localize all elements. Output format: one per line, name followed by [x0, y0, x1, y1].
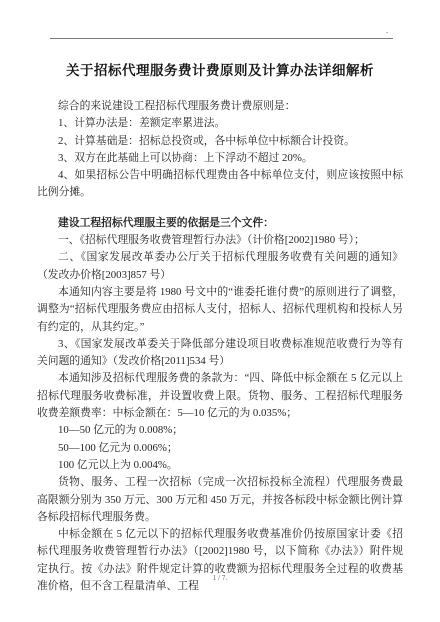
paragraph: 4、如果招标公告中明确招标代理费由各中标单位支付，则应该按照中标比例分摊。	[37, 167, 403, 202]
paragraph: 2、计算基础是：招标总投资或，各中标单位中标额合计投资。	[37, 133, 403, 150]
document-page: . 关于招标代理服务费计费原则及计算办法详细解析 综合的来说建设工程招标代理服务…	[0, 0, 440, 622]
paragraph: 3、《国家发展改革委关于降低部分建设项目收费标准规范收费行为等有关问题的通知》（…	[37, 336, 403, 371]
page-title: 关于招标代理服务费计费原则及计算办法详细解析	[0, 59, 440, 79]
page-number: 1 / 7.	[0, 574, 440, 582]
paragraph: 综合的来说建设工程招标代理服务费计费原则是：	[37, 98, 403, 115]
section-heading: 建设工程招标代理服主要的依据是三个文件：	[37, 215, 403, 232]
header-mark: .	[386, 26, 388, 35]
paragraph: 中标金额在 5 亿元以下的招标代理服务收费基准价仍按原国家计委《招标代理服务收费…	[37, 526, 403, 595]
paragraph: 50—100 亿元为 0.006%；	[37, 440, 403, 457]
paragraph: 本通知涉及招标代理服务费的条款为：“四、降低中标金额在 5 亿元以上招标代理服务…	[37, 370, 403, 422]
paragraph: 一、《招标代理服务收费管理暂行办法》（计价格[2002]1980 号）；	[37, 232, 403, 249]
header-divider	[50, 38, 393, 39]
paragraph: 货物、服务、工程一次招标（完成一次招标投标全流程）代理服务费最高限额分别为 35…	[37, 474, 403, 526]
document-body: 综合的来说建设工程招标代理服务费计费原则是：1、计算办法是：差额定率累进法。2、…	[37, 98, 403, 595]
paragraph: 100 亿元以上为 0.004%。	[37, 457, 403, 474]
paragraph: 二、《国家发展改革委办公厅关于招标代理服务收费有关问题的通知》（发改办价格[20…	[37, 249, 403, 284]
paragraph: 1、计算办法是：差额定率累进法。	[37, 115, 403, 132]
paragraph: 10—50 亿元的为 0.008%；	[37, 422, 403, 439]
paragraph: 本通知内容主要是将 1980 号文中的“谁委托谁付费”的原则进行了调整，调整为“…	[37, 284, 403, 336]
paragraph: 3、双方在此基础上可以协商：上下浮动不超过 20%。	[37, 150, 403, 167]
